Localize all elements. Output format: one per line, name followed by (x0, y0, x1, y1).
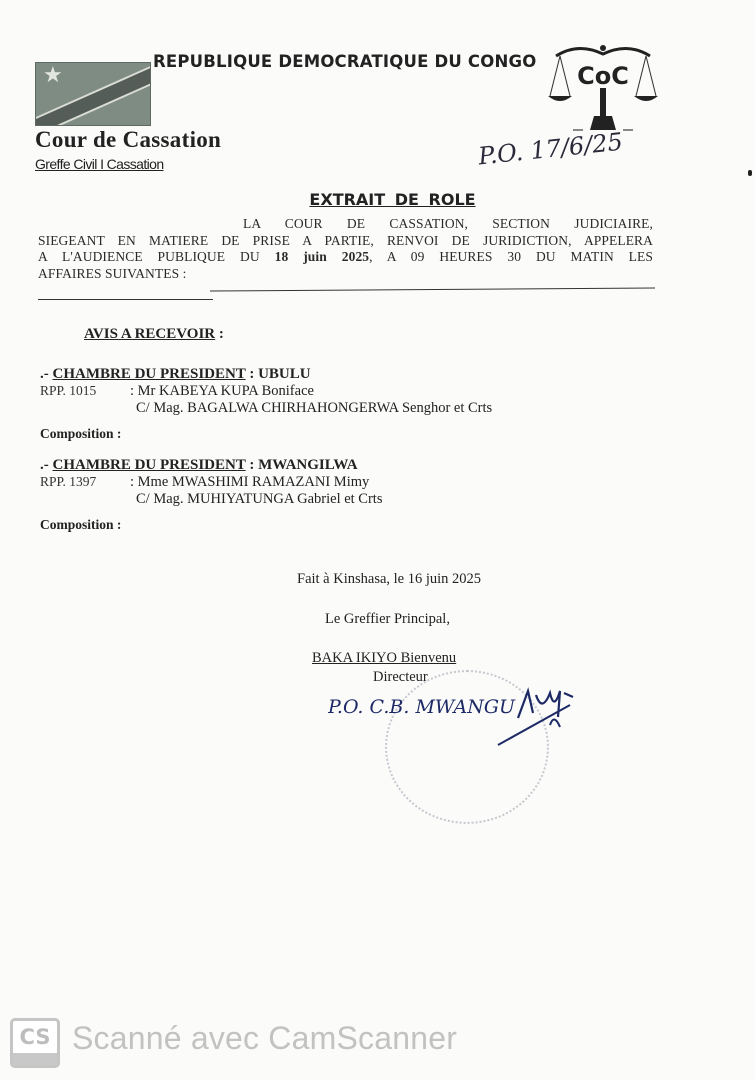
signatory-name: BAKA IKIYO Bienvenu (312, 650, 456, 667)
divider-line (210, 287, 655, 291)
intro-line-1: LA COUR DE CASSATION, SECTION JUDICIAIRE… (38, 216, 653, 233)
handwritten-reference: P.O. 17/6/25 (477, 128, 624, 171)
chamber-line: .- CHAMBRE DU PRESIDENT : MWANGILWA (40, 457, 382, 474)
rpp-number: RPP. 1397 (40, 474, 130, 490)
chamber-line: .- CHAMBRE DU PRESIDENT : UBULU (40, 366, 492, 383)
defendant: C/ Mag. BAGALWA CHIRHAHONGERWA Senghor e… (40, 400, 492, 417)
intro-line-2: SIEGEANT EN MATIERE DE PRISE A PARTIE, R… (38, 233, 653, 250)
registry-name: Greffe Civil I Cassation (35, 156, 164, 172)
hearing-date: 18 juin 2025 (275, 249, 370, 264)
signatory-title: Le Greffier Principal, (325, 611, 450, 628)
intro-line-3: A L'AUDIENCE PUBLIQUE DU 18 juin 2025, A… (38, 249, 653, 266)
scan-edge-mark (748, 170, 752, 176)
intro-paragraph: LA COUR DE CASSATION, SECTION JUDICIAIRE… (38, 216, 653, 282)
rpp-number: RPP. 1015 (40, 383, 130, 399)
case-party-line: RPP. 1397: Mme MWASHIMI RAMAZANI Mimy (40, 474, 382, 491)
country-name: REPUBLIQUE DEMOCRATIQUE DU CONGO (153, 52, 536, 71)
handwritten-signature: P.O. C.B. MWANGU (328, 683, 578, 773)
scales-of-justice-logo: CoC (548, 40, 658, 138)
intro-line-4: AFFAIRES SUIVANTES : (38, 266, 653, 283)
camscanner-logo: CS (10, 1018, 60, 1068)
defendant: C/ Mag. MUHIYATUNGA Gabriel et Crts (40, 491, 382, 508)
composition-label: Composition : (40, 426, 492, 442)
drc-flag: ★ (35, 62, 151, 126)
camscanner-watermark: Scanné avec CamScanner (72, 1020, 457, 1057)
place-date: Fait à Kinshasa, le 16 juin 2025 (297, 571, 481, 588)
star-icon: ★ (43, 65, 63, 87)
court-name: Cour de Cassation (35, 127, 221, 153)
section-heading: AVIS A RECEVOIR : (84, 326, 224, 343)
composition-label: Composition : (40, 517, 382, 533)
case-entry: .- CHAMBRE DU PRESIDENT : MWANGILWA RPP.… (40, 457, 382, 533)
svg-text:P.O. C.B. MWANGU: P.O. C.B. MWANGU (328, 696, 516, 718)
case-entry: .- CHAMBRE DU PRESIDENT : UBULU RPP. 101… (40, 366, 492, 442)
svg-text:CoC: CoC (577, 62, 629, 90)
divider-line-lower (38, 299, 213, 300)
claimant: : Mr KABEYA KUPA Boniface (130, 383, 314, 399)
claimant: : Mme MWASHIMI RAMAZANI Mimy (130, 474, 369, 490)
case-party-line: RPP. 1015: Mr KABEYA KUPA Boniface (40, 383, 492, 400)
document-title: EXTRAIT DE ROLE (0, 190, 755, 209)
